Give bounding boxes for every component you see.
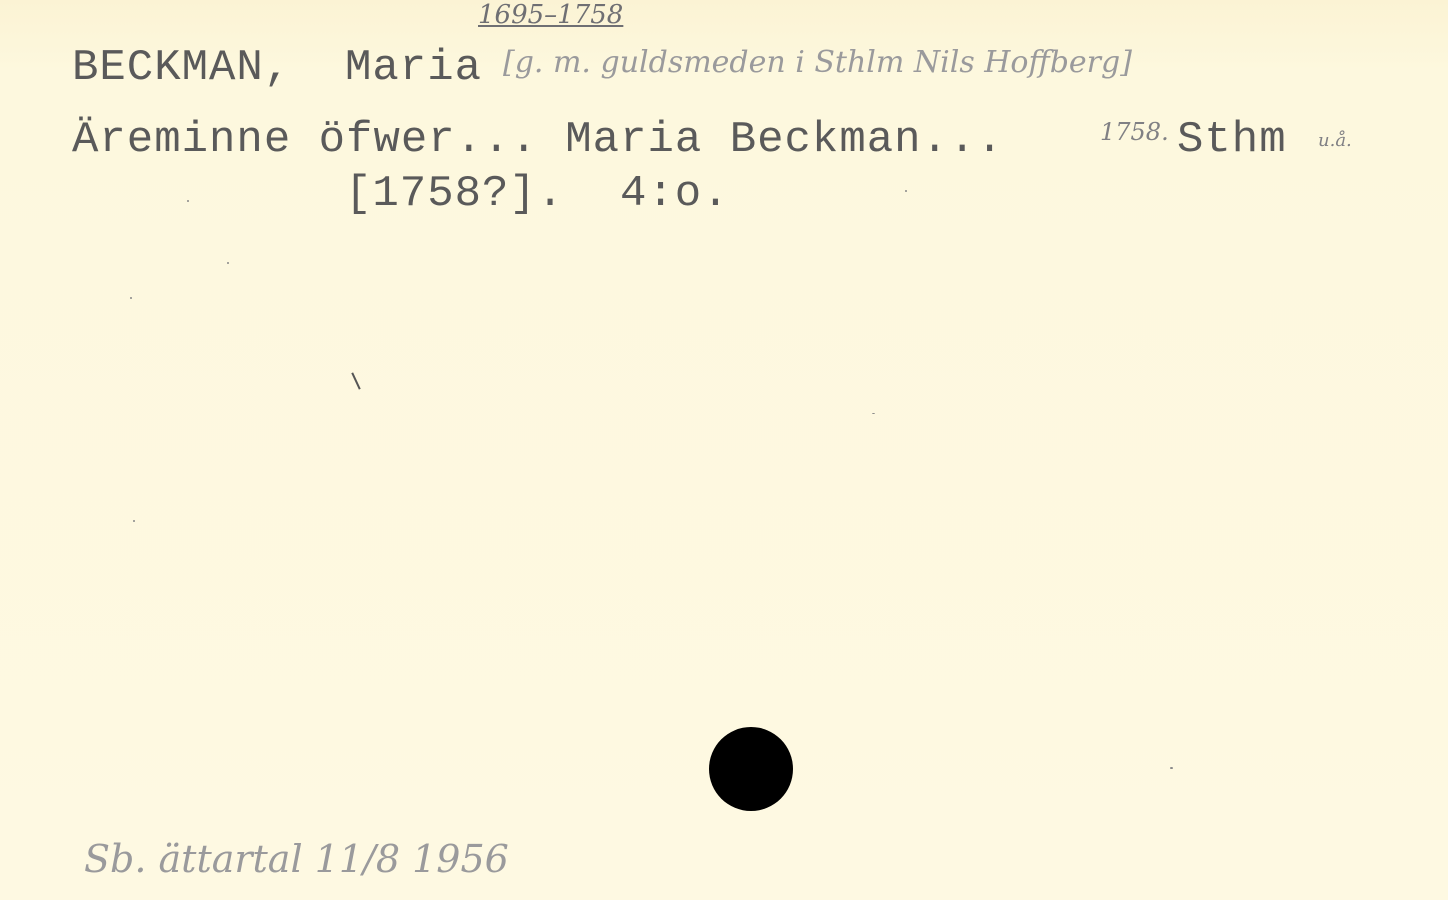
speck: [133, 520, 135, 522]
year-handwritten: 1758.: [1100, 120, 1169, 144]
title-text: Äreminne öfwer... Maria Beckman...: [72, 118, 1004, 162]
annotation-handwritten: [g. m. guldsmeden i Sthlm Nils Hoffberg]: [503, 48, 1132, 78]
speck: [1170, 767, 1173, 769]
life-dates-handwritten: 1695–1758: [478, 2, 623, 28]
catalog-card: 1695–1758 BECKMAN, Maria [g. m. guldsmed…: [0, 0, 1448, 900]
place-note-handwritten: u.å.: [1318, 132, 1352, 150]
speck: [872, 413, 875, 414]
punch-hole: [709, 727, 793, 811]
speck: [187, 200, 189, 202]
author-forename: Maria: [345, 46, 482, 90]
speck: [227, 262, 229, 264]
author-surname: BECKMAN,: [72, 46, 291, 90]
pen-mark: [351, 372, 360, 389]
speck: [905, 190, 907, 192]
format: 4:o.: [620, 172, 730, 216]
place-of-publication: Sthm: [1177, 118, 1287, 162]
speck: [130, 297, 132, 299]
footer-handwritten-note: Sb. ättartal 11/8 1956: [84, 840, 509, 878]
imprint-year: [1758?].: [345, 172, 564, 216]
